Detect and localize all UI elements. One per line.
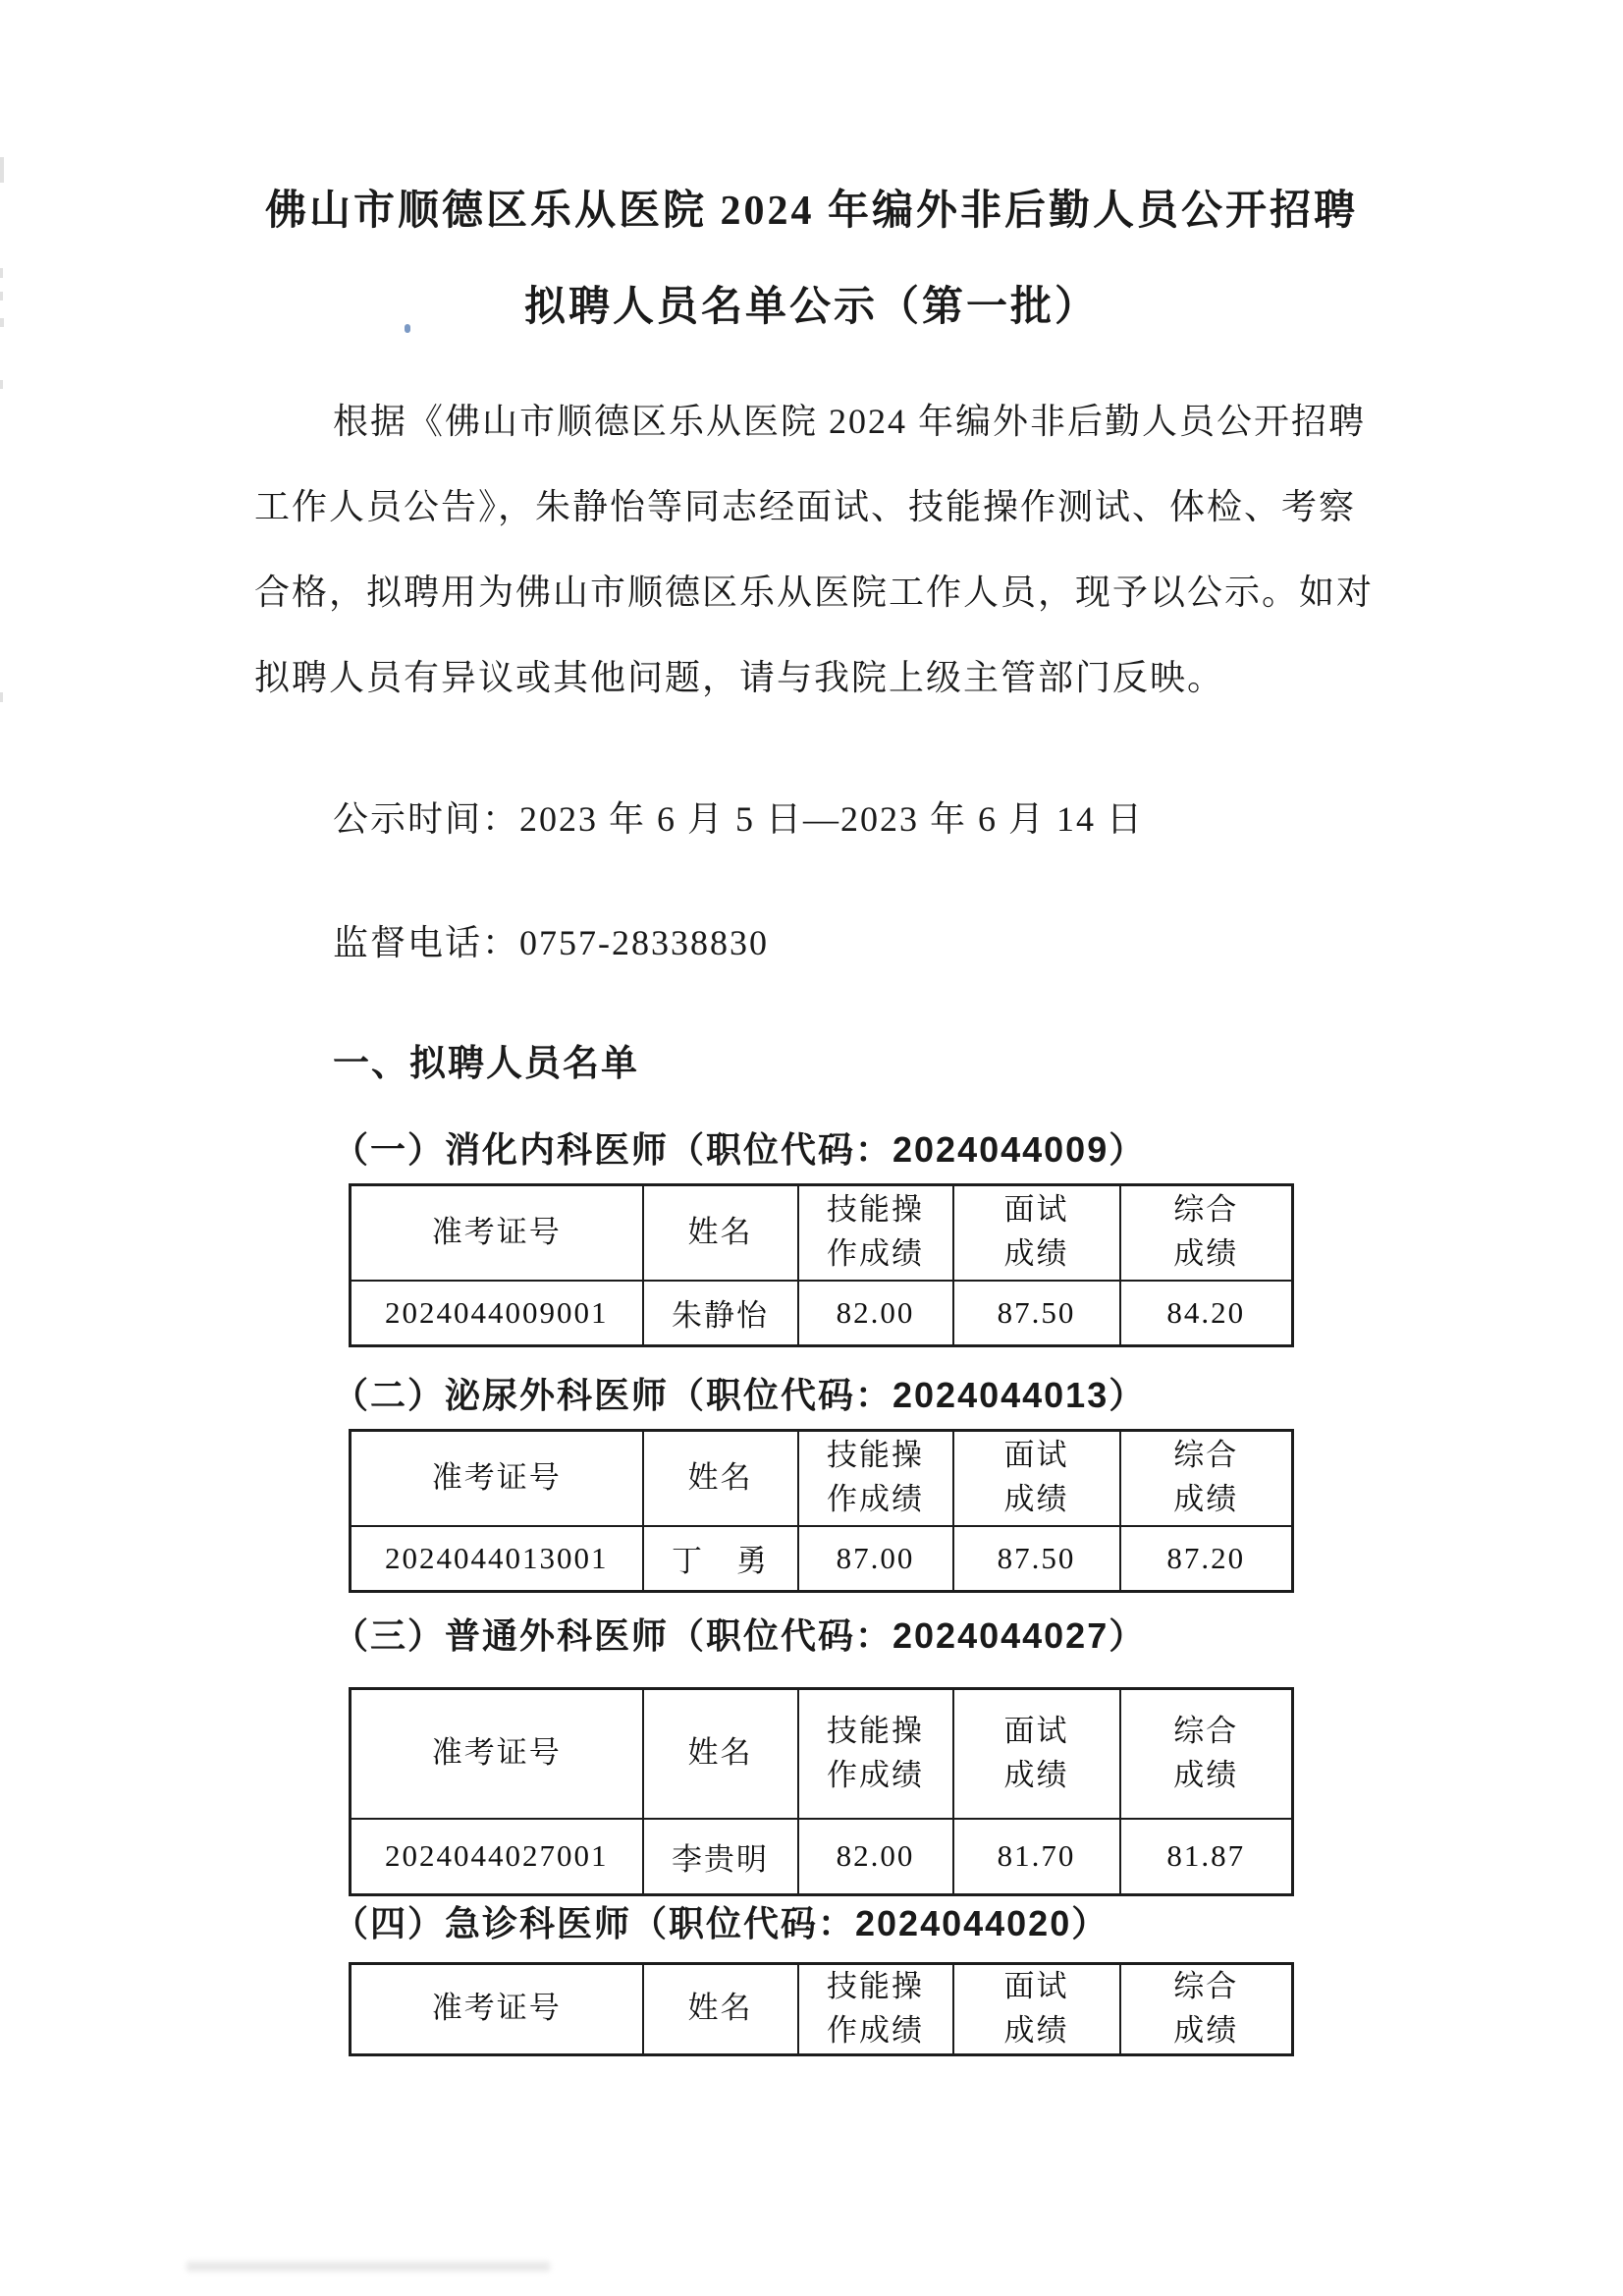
cell-interview-score: 87.50	[953, 1281, 1120, 1346]
section-2-score-table: 准考证号 姓名 技能操 作成绩 面试 成绩 综合 成绩 202404401300…	[349, 1429, 1294, 1593]
table-header-row: 准考证号 姓名 技能操 作成绩 面试 成绩 综合 成绩	[351, 1689, 1293, 1819]
cell-overall-score: 87.20	[1120, 1526, 1293, 1592]
section-1-heading: （一）消化内科医师（职位代码：2024044009）	[333, 1127, 1146, 1172]
table-row: 2024044013001 丁 勇 87.00 87.50 87.20	[351, 1526, 1293, 1592]
col-header-overall-score: 综合 成绩	[1120, 1185, 1293, 1281]
col-header-exam-number: 准考证号	[351, 1431, 643, 1526]
col-header-exam-number: 准考证号	[351, 1964, 643, 2055]
cell-name: 朱静怡	[643, 1281, 798, 1346]
section-4-score-table: 准考证号 姓名 技能操 作成绩 面试 成绩 综合 成绩	[349, 1962, 1294, 2056]
cell-name: 李贵明	[643, 1819, 798, 1895]
section-2-heading: （二）泌尿外科医师（职位代码：2024044013）	[333, 1373, 1146, 1417]
col-header-name: 姓名	[643, 1689, 798, 1819]
section-3-score-table: 准考证号 姓名 技能操 作成绩 面试 成绩 综合 成绩 202404402700…	[349, 1687, 1294, 1896]
scan-smudge	[187, 2262, 550, 2271]
col-header-interview-score: 面试 成绩	[953, 1431, 1120, 1526]
cell-skill-score: 87.00	[798, 1526, 953, 1592]
cell-name: 丁 勇	[643, 1526, 798, 1592]
paragraph-line: 工作人员公告》，朱静怡等同志经面试、技能操作测试、体检、考察	[254, 465, 1393, 550]
col-header-interview-score: 面试 成绩	[953, 1689, 1120, 1819]
paragraph-line: 拟聘人员有异议或其他问题，请与我院上级主管部门反映。	[254, 635, 1393, 721]
col-header-skill-score: 技能操 作成绩	[798, 1431, 953, 1526]
scan-speck	[0, 380, 3, 389]
col-header-exam-number: 准考证号	[351, 1185, 643, 1281]
cell-interview-score: 87.50	[953, 1526, 1120, 1592]
col-header-overall-score: 综合 成绩	[1120, 1689, 1293, 1819]
cell-exam-number: 2024044027001	[351, 1819, 643, 1895]
recruitment-announcement-page: 佛山市顺德区乐从医院 2024 年编外非后勤人员公开招聘 拟聘人员名单公示（第一…	[0, 0, 1623, 2296]
col-header-overall-score: 综合 成绩	[1120, 1964, 1293, 2055]
cell-exam-number: 2024044013001	[351, 1526, 643, 1592]
doc-title-line-2: 拟聘人员名单公示（第一批）	[0, 283, 1623, 332]
col-header-name: 姓名	[643, 1964, 798, 2055]
paragraph-line: 根据《佛山市顺德区乐从医院 2024 年编外非后勤人员公开招聘	[254, 379, 1393, 465]
cell-exam-number: 2024044009001	[351, 1281, 643, 1346]
section-1-score-table: 准考证号 姓名 技能操 作成绩 面试 成绩 综合 成绩 202404400900…	[349, 1183, 1294, 1347]
table-row: 2024044009001 朱静怡 82.00 87.50 84.20	[351, 1281, 1293, 1346]
scan-speck	[0, 692, 3, 702]
table-row: 2024044027001 李贵明 82.00 81.70 81.87	[351, 1819, 1293, 1895]
col-header-skill-score: 技能操 作成绩	[798, 1689, 953, 1819]
table-header-row: 准考证号 姓名 技能操 作成绩 面试 成绩 综合 成绩	[351, 1964, 1293, 2055]
doc-title-line-1: 佛山市顺德区乐从医院 2024 年编外非后勤人员公开招聘	[0, 187, 1623, 236]
cell-skill-score: 82.00	[798, 1281, 953, 1346]
cell-skill-score: 82.00	[798, 1819, 953, 1895]
col-header-skill-score: 技能操 作成绩	[798, 1185, 953, 1281]
section-3-heading: （三）普通外科医师（职位代码：2024044027）	[333, 1613, 1146, 1658]
table-header-row: 准考证号 姓名 技能操 作成绩 面试 成绩 综合 成绩	[351, 1431, 1293, 1526]
cell-overall-score: 81.87	[1120, 1819, 1293, 1895]
cell-overall-score: 84.20	[1120, 1281, 1293, 1346]
table-header-row: 准考证号 姓名 技能操 作成绩 面试 成绩 综合 成绩	[351, 1185, 1293, 1281]
paragraph-line: 合格，拟聘用为佛山市顺德区乐从医院工作人员，现予以公示。如对	[254, 550, 1393, 635]
col-header-name: 姓名	[643, 1431, 798, 1526]
supervision-phone-line: 监督电话：0757-28338830	[333, 921, 769, 965]
section-4-heading: （四）急诊科医师（职位代码：2024044020）	[333, 1901, 1109, 1945]
col-header-skill-score: 技能操 作成绩	[798, 1964, 953, 2055]
col-header-exam-number: 准考证号	[351, 1689, 643, 1819]
col-header-interview-score: 面试 成绩	[953, 1964, 1120, 2055]
col-header-interview-score: 面试 成绩	[953, 1185, 1120, 1281]
col-header-overall-score: 综合 成绩	[1120, 1431, 1293, 1526]
scan-speck	[0, 268, 3, 278]
list-heading: 一、拟聘人员名单	[333, 1041, 639, 1086]
body-paragraph: 根据《佛山市顺德区乐从医院 2024 年编外非后勤人员公开招聘 工作人员公告》，…	[254, 379, 1393, 721]
publicity-time-line: 公示时间：2023 年 6 月 5 日—2023 年 6 月 14 日	[333, 797, 1144, 842]
scan-speck	[0, 157, 4, 183]
col-header-name: 姓名	[643, 1185, 798, 1281]
cell-interview-score: 81.70	[953, 1819, 1120, 1895]
